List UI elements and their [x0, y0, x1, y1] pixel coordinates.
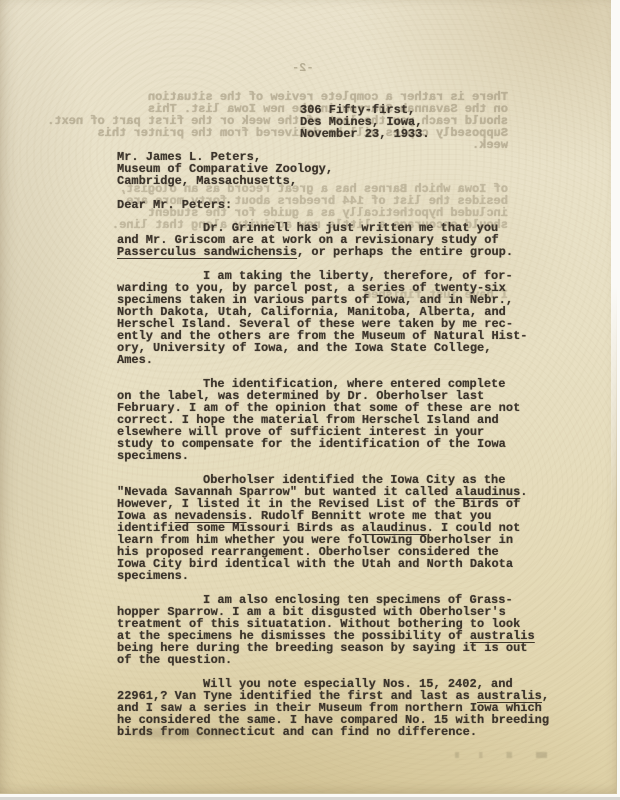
- salutation: Dear Mr. Peters:: [117, 199, 232, 211]
- text-line: week.: [38, 139, 508, 151]
- paragraph: I am taking the liberty, therefore, of f…: [117, 270, 561, 366]
- ink-smudge: [128, 728, 240, 739]
- page-number: -2-: [292, 61, 314, 75]
- sender-address-block: 306 Fifty-first,Des Moines, Iowa,Novembe…: [300, 104, 430, 140]
- text-line: Cambridge, Massachusetts,: [117, 175, 333, 187]
- bleedthrough-top: There is rather a complete review of the…: [38, 91, 508, 151]
- paragraph: Oberholser identified the Iowa City as t…: [117, 474, 561, 582]
- text-line: November 23, 1933.: [300, 128, 430, 140]
- scanner-edge-right: [611, 0, 620, 520]
- faint-pencil-marks: [446, 752, 556, 758]
- letter-body: Dr. Grinnell has just written me that yo…: [117, 222, 561, 750]
- paragraph: Dr. Grinnell has just written me that yo…: [117, 222, 561, 258]
- text-line: Supposedly copies will be delivered from…: [38, 127, 508, 139]
- recipient-block: Mr. James L. Peters,Museum of Comparativ…: [117, 151, 333, 187]
- paragraph: The identification, where entered comple…: [117, 378, 561, 462]
- paragraph: I am also enclosing ten specimens of Gra…: [117, 594, 561, 666]
